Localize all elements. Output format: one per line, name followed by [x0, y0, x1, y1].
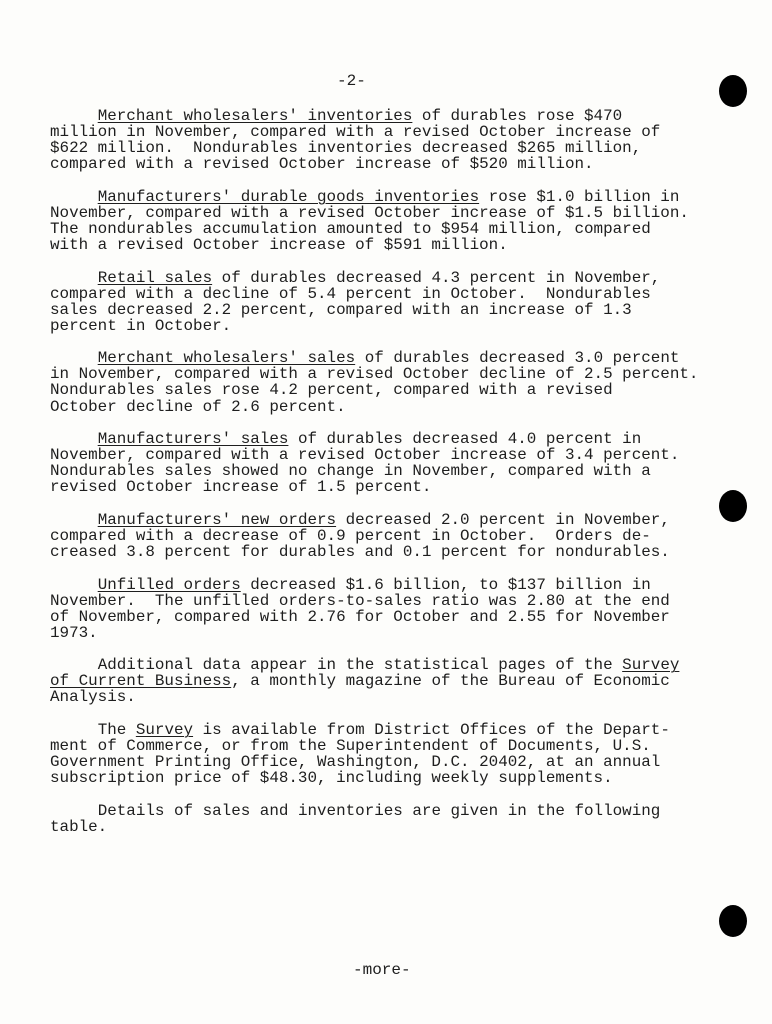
text-line: creased 3.8 percent for durables and 0.1… [50, 543, 670, 561]
paragraph: Manufacturers' durable goods inventories… [50, 189, 750, 253]
paragraph: Manufacturers' sales of durables decreas… [50, 431, 750, 495]
text: , a monthly magazine of the Bureau of Ec… [231, 672, 670, 690]
text-line: percent in October. [50, 317, 231, 335]
paragraph: Merchant wholesalers' inventories of dur… [50, 108, 750, 172]
text-line: with a revised October increase of $591 … [50, 236, 508, 254]
text-line: compared with a revised October increase… [50, 155, 594, 173]
text-line: of November, compared with 2.76 for Octo… [50, 608, 670, 626]
paragraph: Merchant wholesalers' sales of durables … [50, 350, 750, 414]
text-line: revised October increase of 1.5 percent. [50, 478, 431, 496]
text: subscription price of $48.30, including … [50, 769, 613, 787]
paragraph-details-table: Details of sales and inventories are giv… [50, 803, 750, 835]
binder-hole-top [719, 75, 747, 107]
text: Analysis. [50, 688, 136, 706]
paragraph-additional-data: Additional data appear in the statistica… [50, 657, 750, 705]
binder-hole-bottom [719, 905, 747, 937]
page-number: -2- [337, 73, 366, 89]
document-body: Merchant wholesalers' inventories of dur… [50, 108, 750, 851]
paragraph: Retail sales of durables decreased 4.3 p… [50, 270, 750, 334]
text-line: 1973. [50, 624, 98, 642]
paragraph: Unfilled orders decreased $1.6 billion, … [50, 577, 750, 641]
text: table. [50, 818, 107, 836]
text-line: October decline of 2.6 percent. [50, 398, 346, 416]
paragraph-survey-availability: The Survey is available from District Of… [50, 722, 750, 786]
text: Details of sales and inventories are giv… [98, 802, 661, 820]
paragraph: Manufacturers' new orders decreased 2.0 … [50, 512, 750, 560]
footer-more: -more- [353, 962, 411, 978]
